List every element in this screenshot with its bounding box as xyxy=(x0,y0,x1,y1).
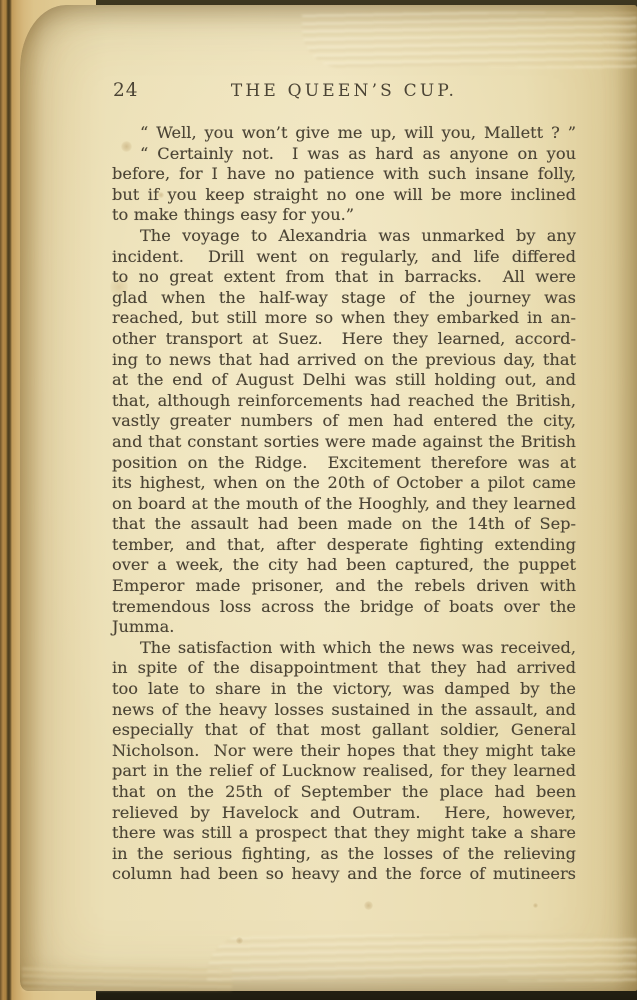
page-edge-streaks-bottom xyxy=(207,935,637,981)
text-line: “ Well, you won’t give me up, will you, … xyxy=(112,123,576,144)
text-line: there was still a prospect that they mig… xyxy=(112,823,576,844)
text-line: too late to share in the victory, was da… xyxy=(112,679,576,700)
text-line: reached, but still more so when they emb… xyxy=(112,308,576,329)
text-line: part in the relief of Lucknow realised, … xyxy=(112,761,576,782)
foxing-spot xyxy=(364,901,373,910)
text-line: vastly greater numbers of men had entere… xyxy=(112,411,576,432)
text-line: incident. Drill went on regularly, and l… xyxy=(112,247,576,268)
text-line: to make things easy for you.” xyxy=(112,205,576,226)
page-edge-streaks-bottom-left xyxy=(22,967,232,991)
text-line: tremendous loss across the bridge of boa… xyxy=(112,597,576,618)
foxing-spot xyxy=(236,937,243,944)
page-content: 24 THE QUEEN’S CUP. “ Well, you won’t gi… xyxy=(112,78,576,885)
text-line: other transport at Suez. Here they learn… xyxy=(112,329,576,350)
text-line: tember, and that, after desperate fighti… xyxy=(112,535,576,556)
text-line: but if you keep straight no one will be … xyxy=(112,185,576,206)
page-number: 24 xyxy=(113,80,139,101)
text-line: its highest, when on the 20th of October… xyxy=(112,473,576,494)
text-line: column had been so heavy and the force o… xyxy=(112,864,576,885)
text-line: Nicholson. Nor were their hopes that the… xyxy=(112,741,576,762)
text-line: Jumma. xyxy=(112,617,576,638)
text-line: relieved by Havelock and Outram. Here, h… xyxy=(112,803,576,824)
text-line: news of the heavy losses sustained in th… xyxy=(112,700,576,721)
text-line: in the serious fighting, as the losses o… xyxy=(112,844,576,865)
book-scan: 24 THE QUEEN’S CUP. “ Well, you won’t gi… xyxy=(0,0,637,1000)
text-line: The voyage to Alexandria was unmarked by… xyxy=(112,226,576,247)
text-line: in spite of the disappointment that they… xyxy=(112,658,576,679)
text-line: glad when the half-way stage of the jour… xyxy=(112,288,576,309)
text-line: ing to news that had arrived on the prev… xyxy=(112,350,576,371)
text-line: that on the 25th of September the place … xyxy=(112,782,576,803)
text-line: The satisfaction with which the news was… xyxy=(112,638,576,659)
foxing-spot xyxy=(533,903,538,908)
text-line: over a week, the city had been captured,… xyxy=(112,555,576,576)
text-line: especially that of that most gallant sol… xyxy=(112,720,576,741)
text-line: at the end of August Delhi was still hol… xyxy=(112,370,576,391)
text-line: and that constant sorties were made agai… xyxy=(112,432,576,453)
text-line: position on the Ridge. Excitement theref… xyxy=(112,453,576,474)
text-line: Emperor made prisoner, and the rebels dr… xyxy=(112,576,576,597)
body-text: “ Well, you won’t give me up, will you, … xyxy=(112,123,576,885)
text-line: before, for I have no patience with such… xyxy=(112,164,576,185)
text-line: that, although reinforcements had reache… xyxy=(112,391,576,412)
text-line: to no great extent from that in barracks… xyxy=(112,267,576,288)
text-line: “ Certainly not. I was as hard as anyone… xyxy=(112,144,576,165)
running-header-title: THE QUEEN’S CUP. xyxy=(112,78,576,101)
text-line: that the assault had been made on the 14… xyxy=(112,514,576,535)
page-header: 24 THE QUEEN’S CUP. xyxy=(112,78,576,102)
text-line: on board at the mouth of the Hooghly, an… xyxy=(112,494,576,515)
page-edge-streaks-top xyxy=(302,12,637,68)
